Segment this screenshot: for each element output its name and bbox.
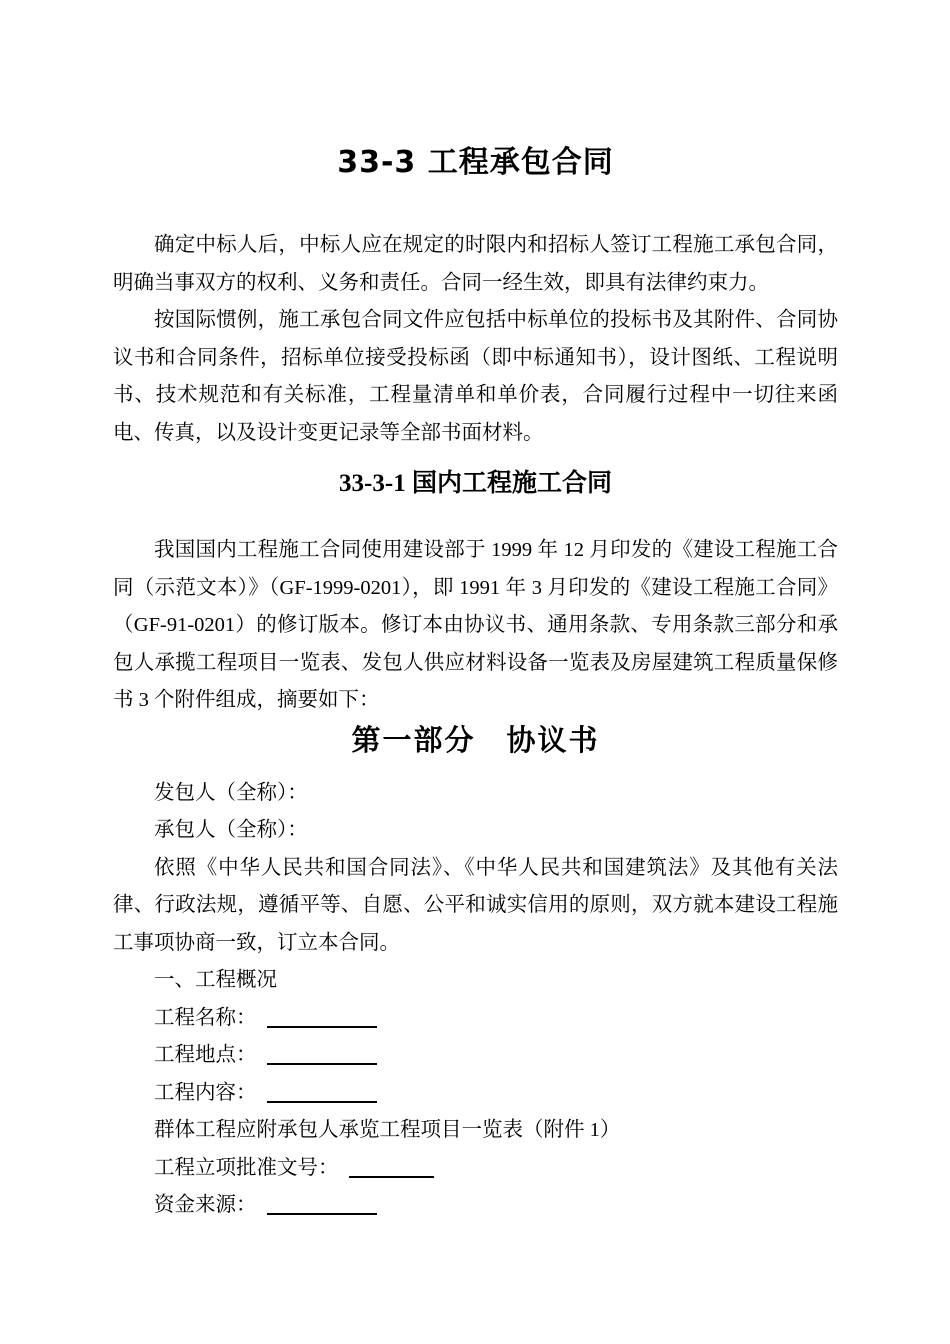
field-funding-source-label: 资金来源： [154,1194,257,1216]
field-project-location-blank-line [267,1043,377,1065]
intro-paragraph-1: 确定中标人后，中标人应在规定的时限内和招标人签订工程施工承包合同，明确当事双方的… [113,227,838,302]
legal-paragraph: 依照《中华人民共和国合同法》、《中华人民共和国建筑法》及其他有关法律、行政法规，… [113,850,838,963]
section-heading: 33-3-1 国内工程施工合同 [113,464,838,504]
document-title: 33-3 工程承包合同 [113,140,838,185]
field-approval-number: 工程立项批准文号： [113,1150,838,1188]
group-project-note: 群体工程应附承包人承览工程项目一览表（附件 1） [113,1112,838,1150]
field-funding-source: 资金来源： [113,1187,838,1225]
intro-paragraph-2: 按国际惯例，施工承包合同文件应包括中标单位的投标书及其附件、合同协议书和合同条件… [113,302,838,452]
field-project-location-label: 工程地点： [154,1044,257,1066]
field-approval-number-label: 工程立项批准文号： [154,1157,339,1179]
contractor-label: 承包人（全称）： [113,812,838,850]
field-approval-number-blank-line [349,1156,434,1178]
document-page: 33-3 工程承包合同 确定中标人后，中标人应在规定的时限内和招标人签订工程施工… [0,0,950,1344]
field-project-content: 工程内容： [113,1075,838,1113]
field-project-location: 工程地点： [113,1037,838,1075]
overview-heading: 一、工程概况 [113,962,838,1000]
section-body-paragraph: 我国国内工程施工合同使用建设部于 1999 年 12 月印发的《建设工程施工合同… [113,532,838,720]
part-one-heading: 第一部分 协议书 [113,720,838,760]
field-project-content-blank-line [267,1081,377,1103]
field-project-name: 工程名称： [113,1000,838,1038]
field-project-content-label: 工程内容： [154,1082,257,1104]
field-funding-source-blank-line [267,1193,377,1215]
field-project-name-blank-line [267,1006,377,1028]
field-project-name-label: 工程名称： [154,1007,257,1029]
employer-label: 发包人（全称）： [113,775,838,813]
